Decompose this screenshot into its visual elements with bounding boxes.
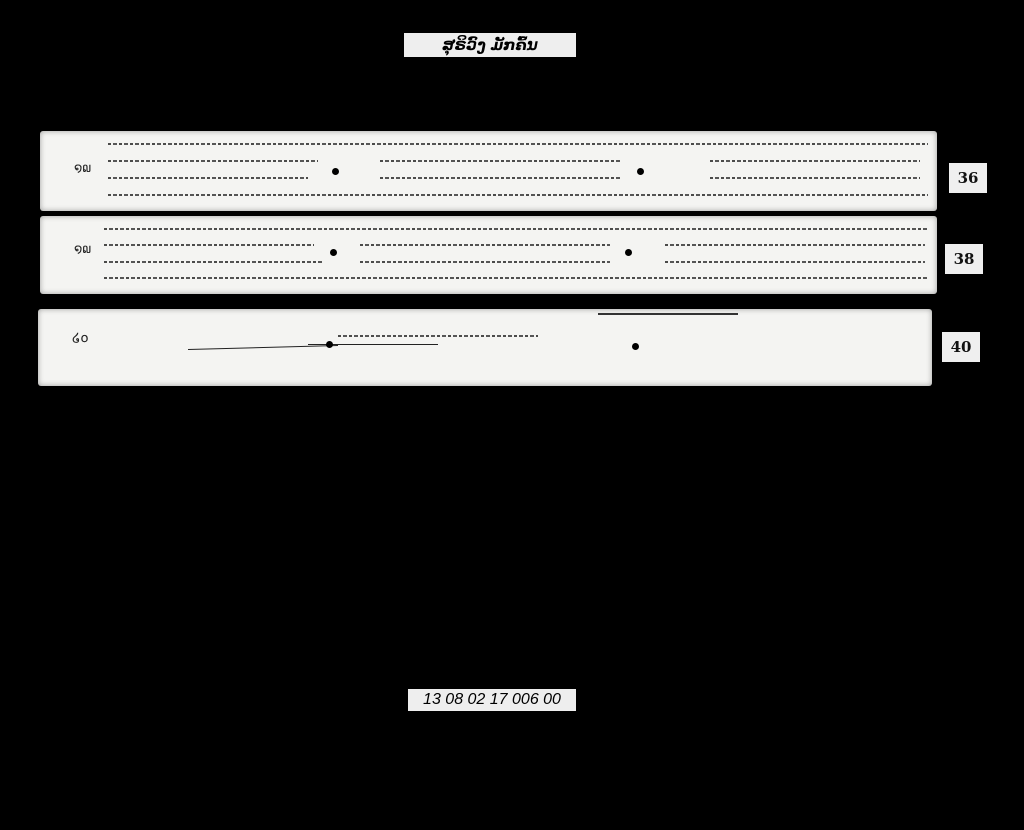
manuscript-text-line <box>104 277 929 279</box>
manuscript-text-line <box>665 261 925 263</box>
manuscript-text-line <box>380 177 620 179</box>
folio-number-38: 38 <box>945 244 983 274</box>
manuscript-text-line <box>108 177 308 179</box>
manuscript-text-line <box>108 143 928 145</box>
manuscript-text-line <box>104 261 324 263</box>
manuscript-text-line <box>108 160 318 162</box>
binding-hole <box>632 343 639 350</box>
ruling-line <box>598 313 738 315</box>
folio-number-40: 40 <box>942 332 980 362</box>
manuscript-text-line <box>665 244 925 246</box>
manuscript-text-line <box>360 244 610 246</box>
manuscript-text-line <box>710 160 920 162</box>
binding-hole <box>332 168 339 175</box>
palm-leaf-2: ໑໙ <box>40 216 937 294</box>
microfilm-reel-code: 13 08 02 17 006 00 <box>408 689 576 711</box>
ruling-line <box>188 345 338 350</box>
manuscript-text-line <box>380 160 620 162</box>
palm-leaf-3: ໒໐ <box>38 309 932 386</box>
manuscript-text-line <box>104 228 929 230</box>
leaf-number: ໑໙ <box>74 161 91 176</box>
leaf-number: ໒໐ <box>72 331 89 346</box>
manuscript-text-line <box>338 335 538 337</box>
binding-hole <box>330 249 337 256</box>
binding-hole <box>637 168 644 175</box>
manuscript-title-label: ສຸຣິວົງ ມັກຄົ້ນ <box>404 33 576 57</box>
manuscript-text-line <box>104 244 314 246</box>
palm-leaf-1: ໑໙ <box>40 131 937 211</box>
binding-hole <box>326 341 333 348</box>
binding-hole <box>625 249 632 256</box>
leaf-number: ໑໙ <box>74 242 91 257</box>
manuscript-text-line <box>108 194 928 196</box>
folio-number-36: 36 <box>949 163 987 193</box>
manuscript-text-line <box>710 177 920 179</box>
manuscript-text-line <box>360 261 610 263</box>
